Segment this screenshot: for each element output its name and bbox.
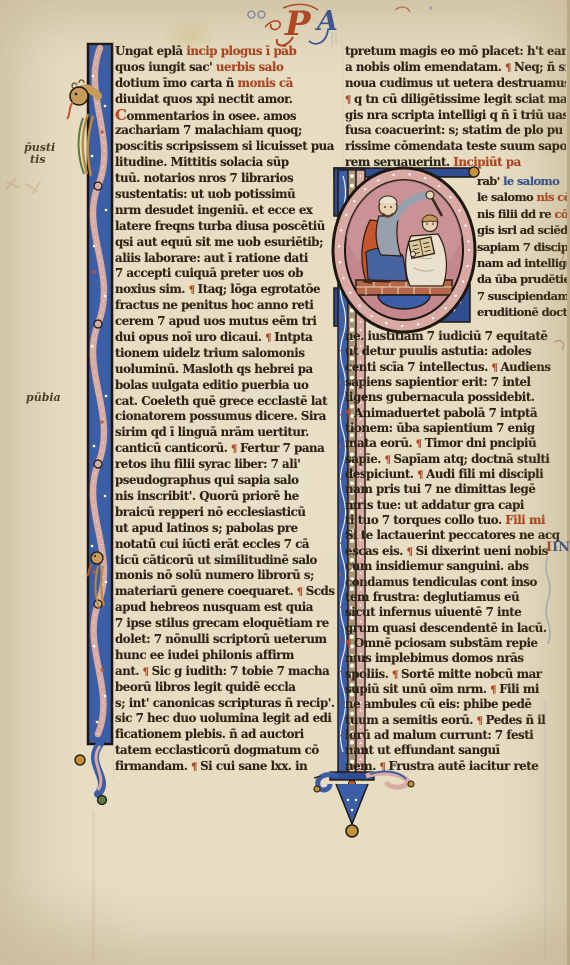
text-line: mris tue: ut addatur gra capi	[345, 498, 567, 513]
manuscript-page: { "page": { "running_title": { "red_lett…	[0, 0, 570, 965]
text-line: ¶ Omnē pciosam substām repie	[345, 636, 567, 651]
solomon-beard	[383, 213, 393, 218]
text-line: ticū cāticorū ut similitudinē salo	[115, 553, 341, 569]
running-title-ornament: P A	[235, 0, 445, 50]
text-line: ¶ Animaduertet pabolā 7 intptā	[345, 406, 567, 421]
terminal-triangle	[336, 784, 368, 824]
text-line: monis nō solū numero librorū s;	[115, 568, 341, 584]
text-line: ligens gubernacula possidebit.	[345, 390, 567, 405]
text-line: gis isrl ad sciēda	[477, 222, 567, 238]
text-line: fractus ne penitus hoc anno reti	[115, 298, 341, 314]
solomon-coif	[379, 196, 397, 203]
text-line: tionem: ūba sapientium 7 enig	[345, 421, 567, 436]
dragon-head-top	[67, 80, 98, 119]
text-line: cat. Coeleth quē grece ecclastē lat	[115, 394, 341, 410]
text-line: braicū repperi nō ecclesiasticū	[115, 505, 341, 521]
text-line: spoliis. ¶ Sortē mitte nobcū mar	[345, 667, 567, 682]
text-line: ne ambules cū eis: phibe pedē	[345, 697, 567, 712]
text-line: ti tuo 7 torques collo tuo. Fili mi	[345, 513, 567, 528]
text-line: 7 suscipiendam	[477, 288, 567, 304]
text-line: hunc ee iudei philonis affirm	[115, 648, 341, 664]
solomon-mantle	[362, 220, 390, 282]
corner-white-dots	[341, 177, 462, 318]
bleedthrough-marks	[0, 168, 60, 212]
right-text-column-top: tpretum magis eo mō placet: h't eama nob…	[345, 44, 566, 171]
text-line: Commentarios in osee. amos	[115, 108, 341, 124]
text-line: beorū libros legit quidē eccla	[115, 680, 341, 696]
text-line: materiarū genere coequaret. ¶ Scds	[115, 584, 341, 600]
text-line: zachariam 7 malachiam quoq;	[115, 123, 341, 139]
solomon-head	[379, 198, 397, 216]
masonry-bench	[356, 280, 452, 295]
text-line: sicut infernus uiuentē 7 inte	[345, 605, 567, 620]
solomon-torso	[376, 216, 401, 256]
text-line: rissime cōmendata teste suum sapo	[345, 139, 566, 155]
left-text-column: Ungat eplā incip plogus ī pābquos iungit…	[115, 44, 341, 775]
blue-half-disc	[378, 295, 430, 309]
corner-patch-bottom-right	[438, 284, 470, 322]
text-line: apud hebreos nusquam est quia	[115, 600, 341, 616]
text-line: sapīe. ¶ Sapīam atq; doctnā stulti	[345, 452, 567, 467]
text-line: ficationem plebis. ñ ad auctori	[115, 727, 341, 743]
text-line: qsi aut equū sit me uob esuriētib;	[115, 235, 341, 251]
gold-dot-right	[408, 781, 414, 787]
text-line: retos ihu filii syrac liber: 7 ali'	[115, 457, 341, 473]
text-line: centi scīa 7 intellectus. ¶ Audiens	[345, 360, 567, 375]
blue-loop-flourish	[248, 11, 265, 18]
text-line: litudine. Mittitis solacia sūp	[115, 155, 341, 171]
rod	[432, 198, 442, 216]
terminal-quatrefoil	[343, 780, 360, 799]
text-line: dui opus noī uro dicaui. ¶ Intpta	[115, 330, 341, 346]
text-line: lorū ad malum currunt: 7 festi	[345, 728, 567, 743]
terminal-left-arm	[318, 775, 338, 790]
text-line: tem frustra: deglutiamus eū	[345, 590, 567, 605]
ruling-line	[342, 40, 343, 780]
text-line: tpretum magis eo mō placet: h't eam	[345, 44, 566, 60]
text-line: grum quasi descendentē in lacū.	[345, 621, 567, 636]
text-line: aliis laborare: aut ī ratione dati	[115, 251, 341, 267]
text-line: Ungat eplā incip plogus ī pāb	[115, 44, 341, 60]
text-line: uoluminū. Masloth qs hebrei pa	[115, 362, 341, 378]
text-line: tionem uidelz trium salomonis	[115, 346, 341, 362]
right-text-column-lower: ne. iustitiam 7 iudiciū 7 equitatēut det…	[345, 329, 567, 774]
border-vine-highlight	[93, 48, 104, 734]
text-line: mus implebimus domos nrās	[345, 651, 567, 666]
bowl-ring-dots	[339, 174, 469, 326]
gold-ball-bottom	[346, 825, 358, 837]
dragon-head-lower	[87, 552, 104, 608]
text-line: quos iungit sac' uerbis salo	[115, 60, 341, 76]
text-line: canticū canticorū. ¶ Fertur 7 pana	[115, 441, 341, 457]
text-line: condamus tendiculas cont inso	[345, 575, 567, 590]
red-squiggle	[265, 21, 280, 30]
running-title-letter-P: P	[284, 4, 312, 44]
text-line: sapiam 7 discipli	[477, 239, 567, 255]
running-title-letter-A: A	[314, 6, 338, 37]
border-bottom-finial	[75, 744, 107, 805]
text-line: le salomo nis cō	[477, 189, 567, 205]
text-line: noxius sim. ¶ Itaq; lōga egrotatōe	[115, 282, 341, 298]
text-line: supiū sit unū oīm nrm. ¶ Fili mi	[345, 682, 567, 697]
gold-quatrefoil	[341, 195, 356, 210]
bleedthrough-line	[92, 812, 95, 962]
text-line: cum insidiemur sanguini. abs	[345, 559, 567, 574]
text-line: dolet: 7 nōnulli scriptorū ueterum	[115, 632, 341, 648]
border-bar	[88, 44, 112, 744]
text-line: ne. iustitiam 7 iudiciū 7 equitatē	[345, 329, 567, 344]
text-line: cionatorem possumus dicere. Sira	[115, 409, 341, 425]
red-top-swash	[283, 4, 318, 10]
solomon-skirt	[366, 248, 407, 281]
text-line: ant. ¶ Sic g iudith: 7 tobie 7 macha	[115, 664, 341, 680]
white-dots	[91, 75, 108, 724]
bowl-inner-field	[345, 180, 463, 320]
text-line: tuum a semitis eorū. ¶ Pedes ñ il	[345, 713, 567, 728]
right-text-column-beside-miniature: rab' le salomole salomo nis cōnis filii …	[477, 173, 567, 321]
text-line: poscitis scripsissem si licuisset pua	[115, 139, 341, 155]
text-line: rem seruauerint. Incipiūt pa	[345, 155, 566, 171]
text-line: despiciunt. ¶ Audi fili mi discipli	[345, 467, 567, 482]
text-line: nam pris tui 7 ne dimittas legē	[345, 482, 567, 497]
blue-speck	[430, 7, 433, 10]
text-line: dotium īmo carta ñ monis cā	[115, 76, 341, 92]
text-line: bolas uulgata editio puerbia uo	[115, 378, 341, 394]
text-line: 7 ipse stilus grecam eloquētiam re	[115, 616, 341, 632]
gold-wing	[83, 114, 93, 176]
text-line: 7 accepti cuiquā preter uos ob	[115, 266, 341, 282]
margin-note-lower-left: pūbia	[26, 392, 61, 404]
child-hair	[422, 215, 438, 222]
text-line: ¶ q tn cū diligētissime legit sciat ma	[345, 92, 566, 108]
child-head	[423, 217, 438, 232]
text-line: ut detur puulis astutia: adoles	[345, 344, 567, 359]
text-line: sic 7 hec duo uolumina legit ad edi	[115, 711, 341, 727]
text-line: eruditionē doctē	[477, 304, 567, 320]
text-line: nem. ¶ Frustra autē iacitur rete	[345, 759, 567, 774]
text-line: Si te lactauerint peccatores ne acq	[345, 528, 567, 543]
text-line: nrm desudet ingeniū. et ecce ex	[115, 203, 341, 219]
open-book	[408, 237, 434, 258]
text-line: nant ut effundant sanguī	[345, 743, 567, 758]
gold-dot-left	[314, 786, 320, 792]
text-line: rab' le salomo	[477, 173, 567, 189]
text-line: sustentatis: ut uob potissimū	[115, 187, 341, 203]
margin-note-upper-left: p̄usti tis	[24, 142, 55, 166]
text-line: latere freqns turba diusa poscētiū	[115, 219, 341, 235]
vine-knots	[94, 182, 102, 608]
blue-descender-flourish	[309, 30, 328, 44]
margin-note-line: tis	[24, 154, 55, 166]
text-line: tuū. notarios nros 7 librarios	[115, 171, 341, 187]
solomon-shoe	[362, 278, 372, 284]
solomon-hand	[426, 191, 434, 199]
text-line: a nobis olim emendatam. ¶ Neq; ñ sic	[345, 60, 566, 76]
child-robe	[406, 234, 447, 286]
text-line: nam ad intellige	[477, 255, 567, 271]
text-line: sapiens sapientior erit: 7 intel	[345, 375, 567, 390]
miniature-solomon-rehoboam	[345, 174, 463, 309]
green-wing-stroke	[79, 118, 84, 174]
text-line: fusa coacuerint: s; statim de plo pu	[345, 123, 566, 139]
text-line: nis filii dd re cō	[477, 206, 567, 222]
text-line: pseudographus qui sapia salo	[115, 473, 341, 489]
text-line: noua cudimus ut uetera destruamus	[345, 76, 566, 92]
text-line: sirim qd ī linguā nrām uertitur.	[115, 425, 341, 441]
text-line: nis inscribit'. Quorū priorē he	[115, 489, 341, 505]
ink-dash	[314, 776, 321, 778]
solomon-raised-arm	[395, 195, 427, 218]
text-line: mata eorū. ¶ Timor dni pncipiū	[345, 436, 567, 451]
child-hand	[410, 251, 415, 256]
text-line: escas eis. ¶ Si dixerint ueni nobis	[345, 544, 567, 559]
bowl-outer-ring	[333, 168, 475, 332]
border-vine	[93, 48, 104, 734]
text-line: tatem ecclasticorū dogmatum cō	[115, 743, 341, 759]
red-right-flourish	[395, 7, 410, 12]
ruling-line	[113, 40, 114, 780]
text-line: da ūba prudētie	[477, 271, 567, 287]
terminal-right-arm	[366, 773, 409, 787]
orange-accents	[92, 130, 103, 671]
text-line: ut apud latinos s; pabolas pre	[115, 521, 341, 537]
text-line: notatū cui iūcti erāt eccles 7 cā	[115, 537, 341, 553]
text-line: s; int' canonicas scripturas ñ recip'.	[115, 696, 341, 712]
text-line: diuidat quos xpi nectit amor.	[115, 92, 341, 108]
text-line: cerem 7 apud uos mutus eēm tri	[115, 314, 341, 330]
text-line: firmandam. ¶ Si cui sane lxx. in	[115, 759, 341, 775]
text-line: gis nra scripta intelligi q ñ ī triū uas	[345, 108, 566, 124]
